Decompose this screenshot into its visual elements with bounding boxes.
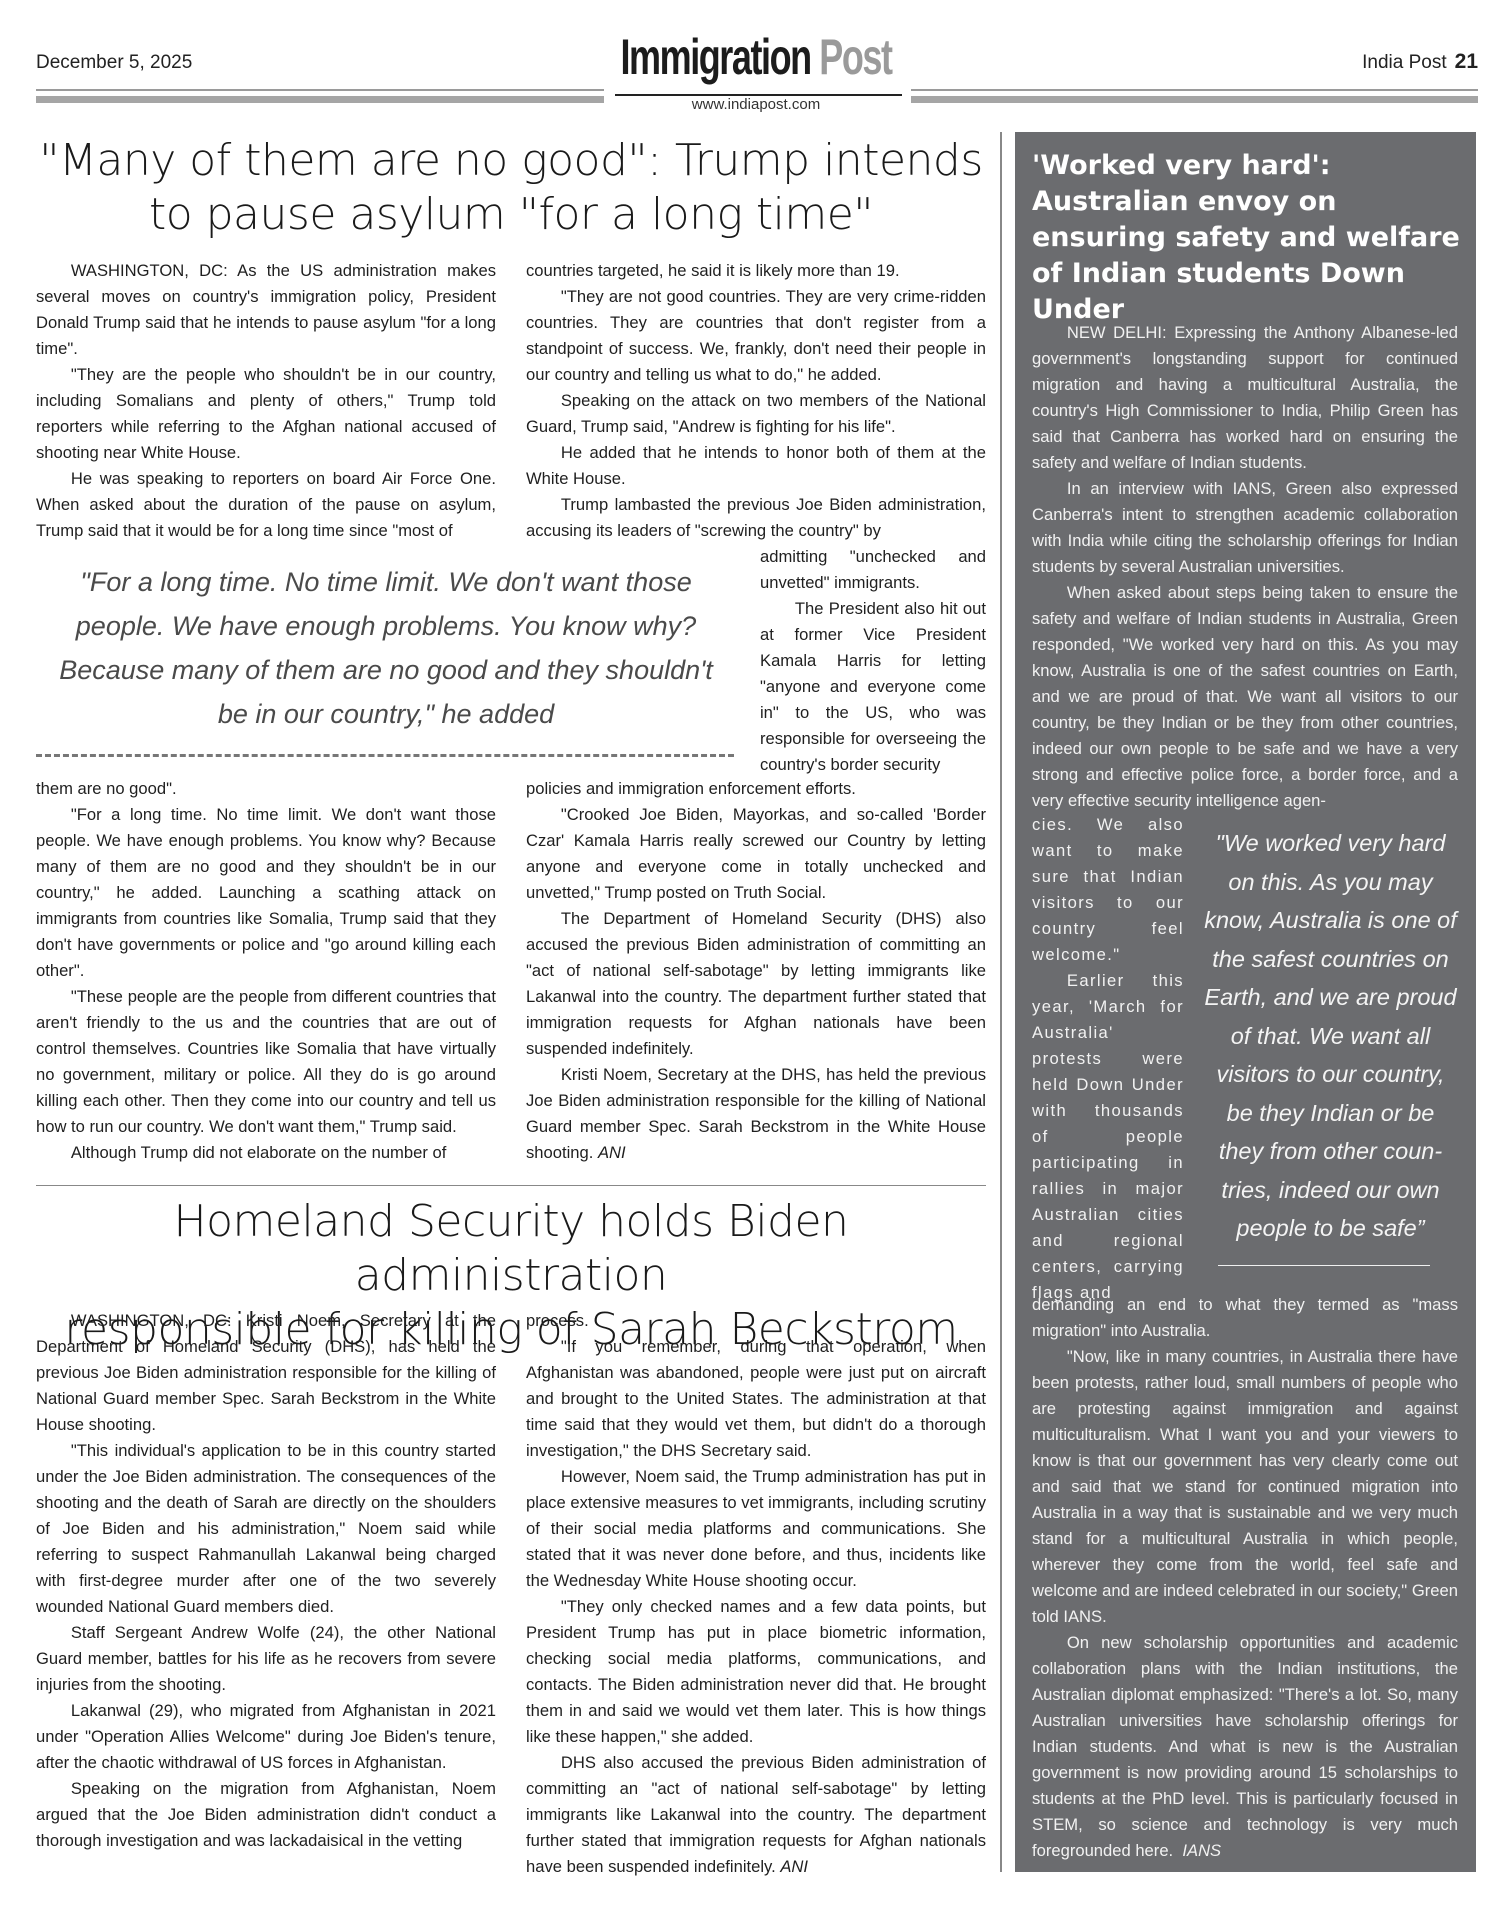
article1-credit: ANI [598,1143,626,1162]
issue-date: December 5, 2025 [36,52,192,74]
pullquote-line: Because many of them are no good and the… [36,648,736,692]
paragraph-continued: demanding an end to what they termed as … [1032,1292,1458,1344]
masthead-rule-left-thin [36,89,604,91]
paragraph: The Department of Homeland Security (DHS… [526,906,986,1062]
sidebar-body-narrow: cies. We also want to make sure that Ind… [1032,812,1184,1306]
pullquote-line: visitors to our country, [1193,1055,1468,1094]
paragraph-continued: cies. We also want to make sure that Ind… [1032,812,1184,968]
paragraph: "They are the people who shouldn't be in… [36,362,496,466]
pullquote-line: be they Indian or be [1193,1094,1468,1133]
paragraph: In an interview with IANS, Green also ex… [1032,476,1458,580]
page-number: 21 [1455,50,1478,73]
paragraph: WASHINGTON, DC: Kristi Noem, Secretary a… [36,1308,496,1438]
paragraph: "They only checked names and a few data … [526,1594,986,1750]
sidebar-body-top: NEW DELHI: Expressing the Anthony Albane… [1032,320,1458,814]
paragraph: Staff Sergeant Andrew Wolfe (24), the ot… [36,1620,496,1698]
paragraph: Lakanwal (29), who migrated from Afghani… [36,1698,496,1776]
article1-col2-bottom: policies and immigration enforcement eff… [526,776,986,1166]
article1-headline-line1: "Many of them are no good": Trump intend… [36,134,986,188]
article1-col1-bottom: them are no good". "For a long time. No … [36,776,496,1166]
pullquote-line: Earth, and we are proud [1193,978,1468,1017]
paragraph: DHS also accused the previous Biden admi… [526,1750,986,1880]
pullquote-line: "We worked very hard [1193,824,1468,863]
article2-col2: process. "If you remember, during that o… [526,1308,986,1880]
pullquote-line: on this. As you may [1193,863,1468,902]
article1-headline-line2: to pause asylum "for a long time" [36,188,986,242]
article2-col1: WASHINGTON, DC: Kristi Noem, Secretary a… [36,1308,496,1854]
paragraph: Although Trump did not elaborate on the … [36,1140,496,1166]
paragraph: "These people are the people from differ… [36,984,496,1140]
paragraph: On new scholarship opportunities and aca… [1032,1630,1458,1864]
pullquote-line: the safest countries on [1193,940,1468,979]
paragraph-text: Kristi Noem, Secretary at the DHS, has h… [526,1065,986,1162]
paragraph: WASHINGTON, DC: As the US administration… [36,258,496,362]
article1-col2-narrow: admitting "unchecked and unvetted" immig… [760,544,986,778]
pullquote-line: be in our country," he added [36,692,736,736]
paragraph: "If you remember, during that operation,… [526,1334,986,1464]
article1-pullquote: "For a long time. No time limit. We don'… [36,560,736,736]
pullquote-line: of that. We want all [1193,1017,1468,1056]
sidebar-pullquote: "We worked very hard on this. As you may… [1193,824,1468,1248]
sidebar-credit: IANS [1182,1841,1221,1860]
paragraph: Kristi Noem, Secretary at the DHS, has h… [526,1062,986,1166]
paragraph: "They are not good countries. They are v… [526,284,986,388]
paragraph: Earlier this year, 'March for Australia'… [1032,968,1184,1306]
masthead-rule-right-thin [911,89,1478,91]
paragraph-text: On new scholarship opportunities and aca… [1032,1633,1458,1860]
website-url[interactable]: www.indiapost.com [0,96,1512,113]
paragraph-continued: them are no good". [36,776,496,802]
paragraph: However, Noem said, the Trump administra… [526,1464,986,1594]
pullquote-line: people. We have enough problems. You kno… [36,604,736,648]
logo-word-post: Post [819,29,891,85]
pullquote-line: people to be safe” [1193,1209,1468,1248]
article-divider [36,1185,986,1186]
pullquote-line: "For a long time. No time limit. We don'… [36,560,736,604]
paragraph-continued: policies and immigration enforcement eff… [526,776,986,802]
paragraph-text: DHS also accused the previous Biden admi… [526,1753,986,1876]
pullquote-dashed-rule [36,754,734,757]
publication-logo: Immigration Post [212,28,1301,86]
column-divider-vertical [1000,132,1002,1872]
pullquote-line: tries, indeed our own [1193,1171,1468,1210]
page-info: India Post21 [1362,50,1478,74]
paragraph-continued: admitting "unchecked and unvetted" immig… [760,544,986,596]
paragraph: Speaking on the attack on two members of… [526,388,986,440]
paragraph: The President also hit out at former Vic… [760,596,986,778]
paragraph: Trump lambasted the previous Joe Biden a… [526,492,986,544]
paragraph: "Now, like in many countries, in Austral… [1032,1344,1458,1630]
publication-name: India Post [1362,52,1447,73]
paragraph: "For a long time. No time limit. We don'… [36,802,496,984]
sidebar-headline: 'Worked very hard': Australian envoy on … [1032,148,1462,328]
sidebar-body-bottom: demanding an end to what they termed as … [1032,1292,1458,1864]
pullquote-line: know, Australia is one of [1193,901,1468,940]
article1-headline: "Many of them are no good": Trump intend… [36,134,986,242]
article2-credit: ANI [780,1857,808,1876]
paragraph-continued: countries targeted, he said it is likely… [526,258,986,284]
paragraph: When asked about steps being taken to en… [1032,580,1458,814]
article1-col2-top: countries targeted, he said it is likely… [526,258,986,544]
sidebar-story: 'Worked very hard': Australian envoy on … [1015,132,1476,1872]
logo-word-immigration: Immigration [620,29,810,85]
paragraph: He was speaking to reporters on board Ai… [36,466,496,544]
article1-col1-top: WASHINGTON, DC: As the US administration… [36,258,496,544]
paragraph: Speaking on the migration from Afghanist… [36,1776,496,1854]
paragraph: "This individual's application to be in … [36,1438,496,1620]
paragraph-continued: process. [526,1308,986,1334]
article2-headline-line1: Homeland Security holds Biden administra… [36,1195,986,1303]
pullquote-line: they from other coun- [1193,1132,1468,1171]
paragraph: He added that he intends to honor both o… [526,440,986,492]
paragraph: NEW DELHI: Expressing the Anthony Albane… [1032,320,1458,476]
paragraph: "Crooked Joe Biden, Mayorkas, and so-cal… [526,802,986,906]
sidebar-pullquote-rule [1218,1265,1430,1266]
